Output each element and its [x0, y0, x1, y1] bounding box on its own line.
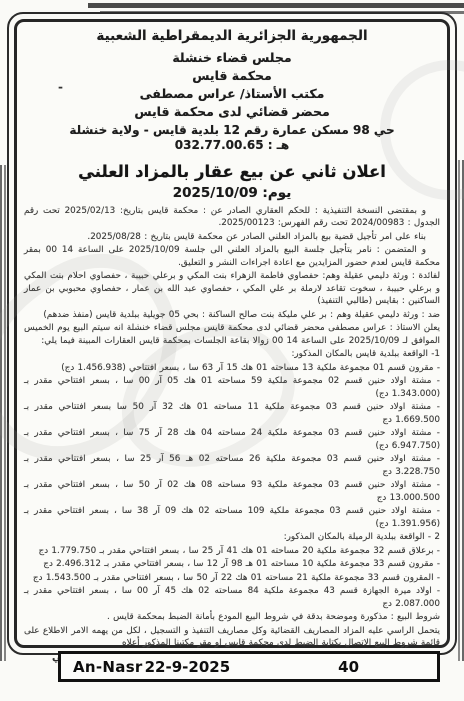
property-item: - برعلاق قسم 32 مجموعة ملكية 20 مساحته 0…	[24, 545, 440, 557]
property-item: - مشتة اولاد حنين قسم 03 مجموعة ملكية 26…	[24, 453, 440, 478]
ad-content: الجمهورية الجزائرية الديمقراطية الشعبية …	[24, 24, 440, 641]
office-address-line: حي 98 مسكن عمارة رقم 12 بلدية قايس - ولا…	[24, 123, 440, 137]
announcement-body: و بمقتضى النسخة التنفيذية : للحكم العقار…	[24, 205, 440, 649]
court-name-line: محكمة قايس	[24, 68, 440, 83]
stray-dash-mark: -	[58, 80, 63, 94]
paragraph-postponement-order: بناء على امر تأجيل قضية بيع بالمزاد العل…	[24, 231, 440, 243]
property-item: - مشتة اولاد حنين قسم 02 مجموعة ملكية 59…	[24, 375, 440, 400]
property-item: - المقرون قسم 33 مجموعة ملكية 21 مساحته …	[24, 572, 440, 584]
announcement-title: اعلان ثاني عن بيع عقار بالمزاد العلني	[24, 162, 440, 181]
paragraph-beneficiaries: لفائدة : ورثة دليمي عقيلة وهم: حفصاوي فا…	[24, 270, 440, 307]
property-item: - مشتة اولاد حنين قسم 03 مجموعة ملكية 11…	[24, 401, 440, 426]
paragraph-order-content: و المتضمن : نامر بتأجيل جلسة البيع بالمز…	[24, 244, 440, 269]
scan-artifact-left-line	[0, 165, 2, 661]
property-item: - مشتة اولاد حنين قسم 03 مجموعة ملكية 10…	[24, 505, 440, 530]
paragraph-fees-clause: يتحمل الراسي عليه المزاد المصاريف القضائ…	[24, 625, 440, 650]
scan-artifact-top-line	[88, 3, 464, 8]
newspaper-footer-strip: An-Nasr 22-9-2025 40	[58, 651, 440, 682]
section-1-heading: 1- الواقعة ببلدية قايس بالمكان المذكور:	[24, 348, 440, 360]
auction-date-line: يوم: 2025/10/09	[24, 185, 440, 201]
scan-artifact-left-line-2	[4, 165, 6, 661]
bailiff-title-line: محضر قضائي لدى محكمة قايس	[24, 104, 440, 119]
scan-artifact-right-line-2	[458, 160, 460, 661]
property-item: - مقرون قسم 01 مجموعة ملكية 13 مساحته 01…	[24, 362, 440, 374]
property-item: - مقرون قسم 33 مجموعة ملكية 10 مساحته 01…	[24, 558, 440, 570]
judicial-council-line: مجلس قضاء خنشلة	[24, 50, 440, 65]
property-item: - مشتة اولاد حنين قسم 03 مجموعة ملكية 24…	[24, 427, 440, 452]
paragraph-sale-conditions: شروط البيع : مذكورة وموضحة بدقة في شروط …	[24, 611, 440, 623]
property-item: - مشتة اولاد حنين قسم 03 مجموعة ملكية 93…	[24, 479, 440, 504]
bailiff-office-line: مكتب الأستاذ/ عراس مصطفى	[24, 86, 440, 101]
paragraph-executive-copy: و بمقتضى النسخة التنفيذية : للحكم العقار…	[24, 205, 440, 230]
office-phone-line: هـ : 032.77.00.65	[24, 138, 440, 152]
paragraph-against-party: ضد : ورثة دليمي عقيلة وهم : بر علي مليكة…	[24, 309, 440, 321]
page-number: 40	[338, 658, 359, 676]
section-2-heading: 2 - الواقعة ببلدية الرميلة بالمكان المذك…	[24, 531, 440, 543]
publication-date: 22-9-2025	[145, 658, 231, 676]
newspaper-name: An-Nasr	[73, 658, 143, 676]
republic-header-line: الجمهورية الجزائرية الديمقراطية الشعبية	[24, 28, 440, 44]
property-item: - اولاد ميرة الجهازة قسم 43 مجموعة ملكية…	[24, 585, 440, 610]
paragraph-sale-announcement: يعلن الاستاذ : عراس مصطفى محضر قضائي لدى…	[24, 322, 440, 347]
scanned-newspaper-ad-page: الجمهورية الجزائرية الديمقراطية الشعبية …	[0, 0, 464, 701]
